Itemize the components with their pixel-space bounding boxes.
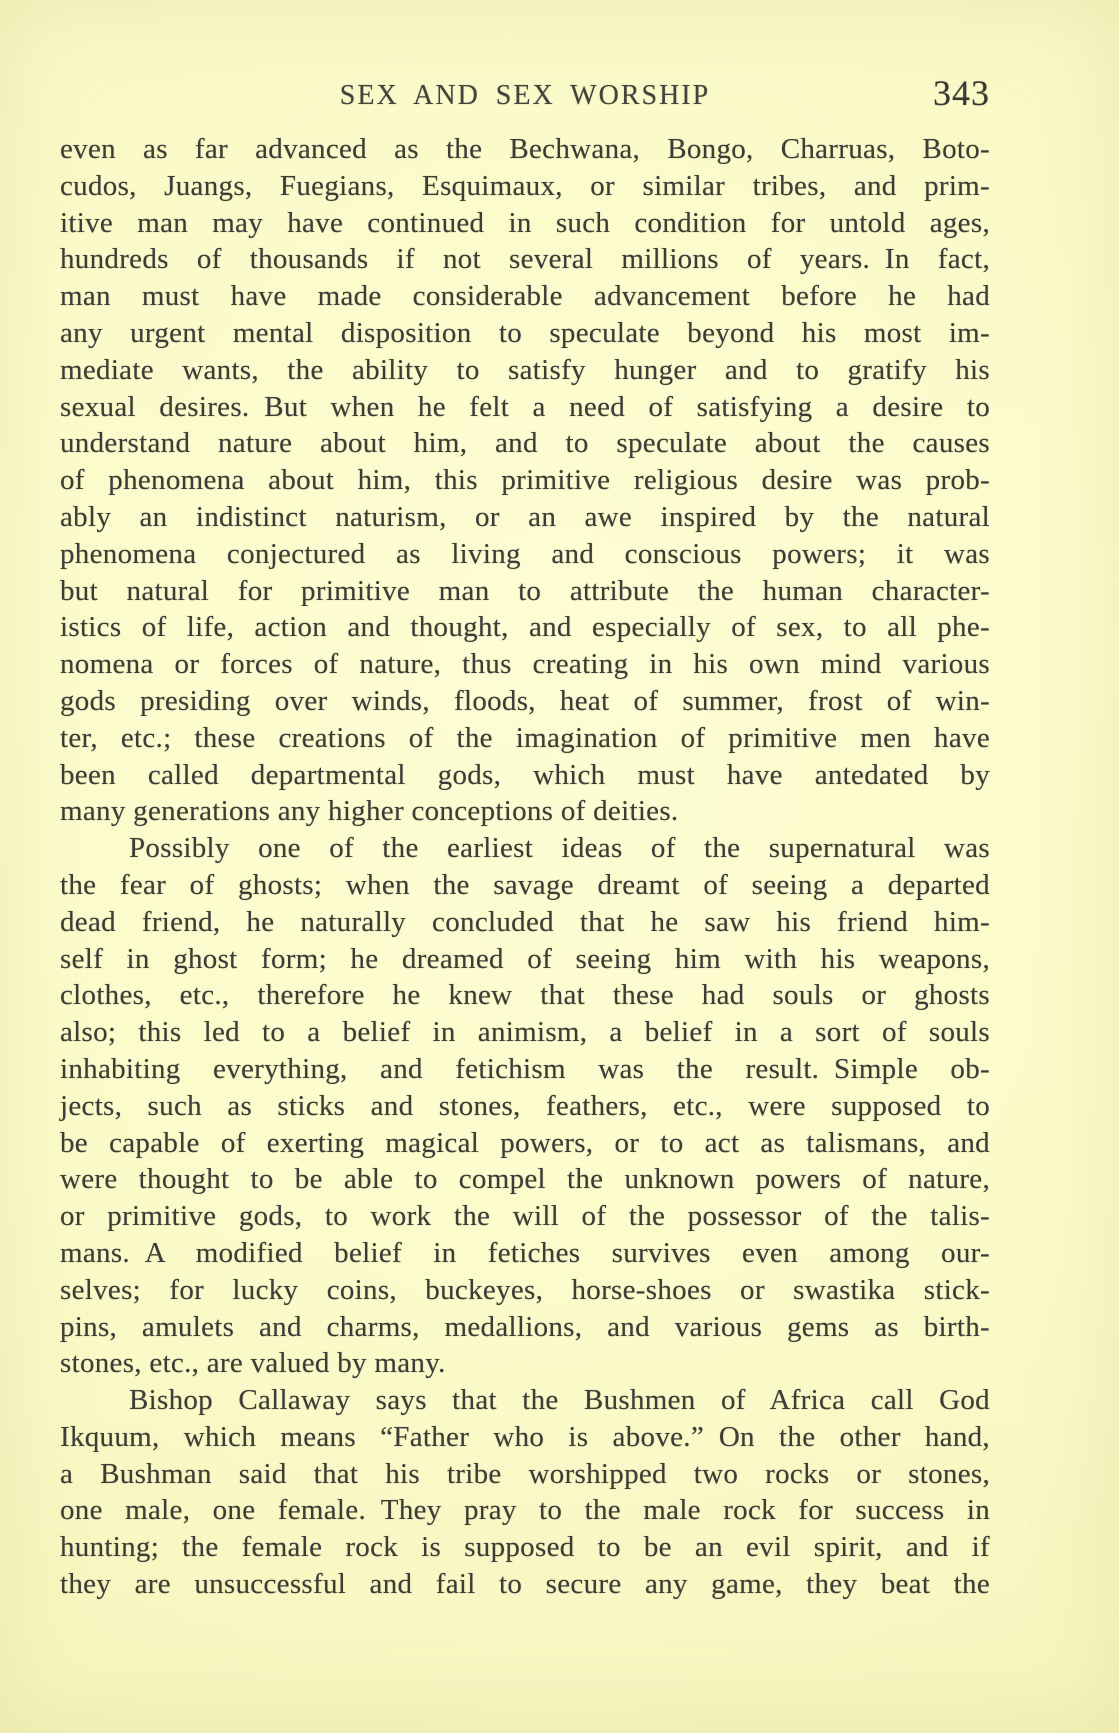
text-line: dead friend, he naturally concluded that… [60, 904, 990, 941]
text-line: been called departmental gods, which mus… [60, 757, 990, 794]
text-line: a Bushman said that his tribe worshipped… [60, 1456, 990, 1493]
text-line: Ikquum, which means “Father who is above… [60, 1419, 990, 1456]
text-line: sexual desires. But when he felt a need … [60, 389, 990, 426]
text-line: or primitive gods, to work the will of t… [60, 1198, 990, 1235]
text-line: ter, etc.; these creations of the imagin… [60, 720, 990, 757]
text-line: the fear of ghosts; when the savage drea… [60, 867, 990, 904]
page-header: SEX AND SEX WORSHIP 343 [60, 72, 990, 116]
page-number: 343 [933, 72, 990, 114]
text-line: mans. A modified belief in fetiches surv… [60, 1235, 990, 1272]
running-title: SEX AND SEX WORSHIP [60, 80, 990, 112]
text-line: self in ghost form; he dreamed of seeing… [60, 941, 990, 978]
text-line: but natural for primitive man to attribu… [60, 573, 990, 610]
text-line: inhabiting everything, and fetichism was… [60, 1051, 990, 1088]
text-line: istics of life, action and thought, and … [60, 609, 990, 646]
text-line: one male, one female. They pray to the m… [60, 1492, 990, 1529]
text-line: be capable of exerting magical powers, o… [60, 1125, 990, 1162]
text-line: cudos, Juangs, Fuegians, Esquimaux, or s… [60, 168, 990, 205]
body-text: even as far advanced as the Bechwana, Bo… [60, 131, 990, 1603]
text-line: Bishop Callaway says that the Bushmen of… [60, 1382, 990, 1419]
text-line: of phenomena about him, this primitive r… [60, 462, 990, 499]
text-line: clothes, etc., therefore he knew that th… [60, 977, 990, 1014]
text-line: ably an indistinct naturism, or an awe i… [60, 499, 990, 536]
paragraph: Bishop Callaway says that the Bushmen of… [60, 1382, 990, 1603]
text-line: stones, etc., are valued by many. [60, 1345, 990, 1382]
paragraph: even as far advanced as the Bechwana, Bo… [60, 131, 990, 830]
text-line: Possibly one of the earliest ideas of th… [60, 830, 990, 867]
text-line: any urgent mental disposition to specula… [60, 315, 990, 352]
text-line: understand nature about him, and to spec… [60, 425, 990, 462]
text-line: itive man may have continued in such con… [60, 205, 990, 242]
text-line: many generations any higher conceptions … [60, 793, 990, 830]
text-line: phenomena conjectured as living and cons… [60, 536, 990, 573]
text-line: hundreds of thousands if not several mil… [60, 241, 990, 278]
text-line: also; this led to a belief in animism, a… [60, 1014, 990, 1051]
text-line: jects, such as sticks and stones, feathe… [60, 1088, 990, 1125]
text-line: mediate wants, the ability to satisfy hu… [60, 352, 990, 389]
text-line: selves; for lucky coins, buckeyes, horse… [60, 1272, 990, 1309]
text-line: gods presiding over winds, floods, heat … [60, 683, 990, 720]
scanned-book-page: SEX AND SEX WORSHIP 343 even as far adva… [0, 0, 1119, 1733]
paragraph: Possibly one of the earliest ideas of th… [60, 830, 990, 1382]
text-line: were thought to be able to compel the un… [60, 1161, 990, 1198]
text-line: they are unsuccessful and fail to secure… [60, 1566, 990, 1603]
text-line: hunting; the female rock is supposed to … [60, 1529, 990, 1566]
text-line: even as far advanced as the Bechwana, Bo… [60, 131, 990, 168]
text-line: man must have made considerable advancem… [60, 278, 990, 315]
text-line: pins, amulets and charms, medallions, an… [60, 1309, 990, 1346]
text-line: nomena or forces of nature, thus creatin… [60, 646, 990, 683]
